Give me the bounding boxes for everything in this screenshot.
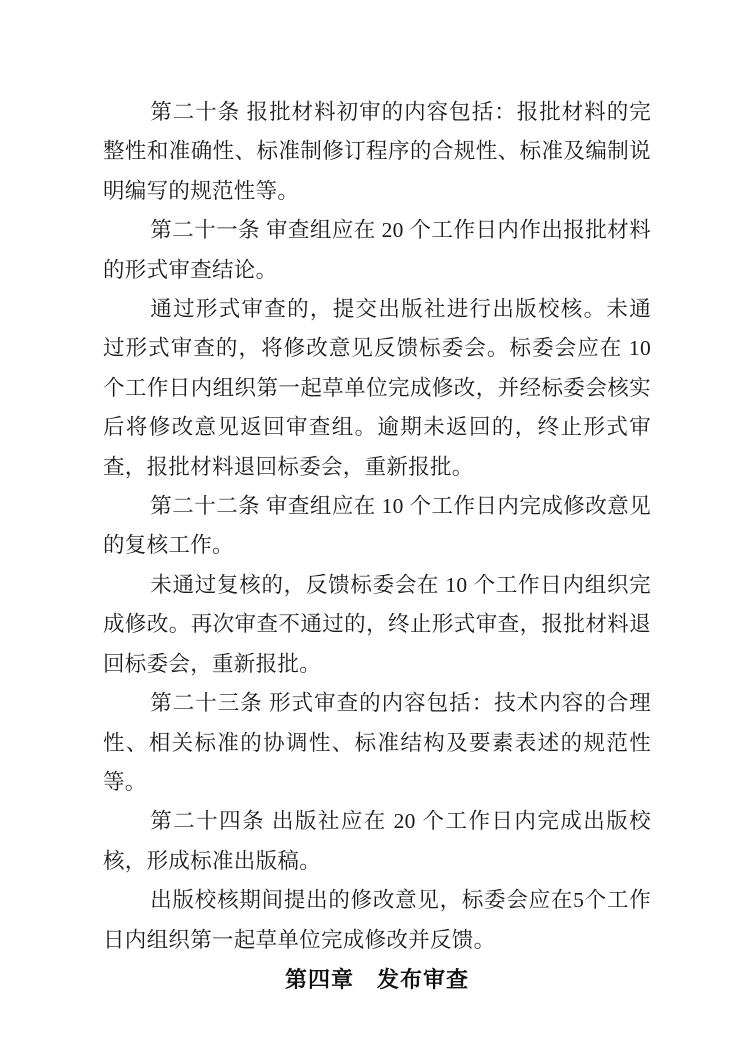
paragraph-article-21: 第二十一条 审查组应在 20 个工作日内作出报批材料的形式审查结论。 <box>103 211 651 290</box>
paragraph-article-22: 第二十二条 审查组应在 10 个工作日内完成修改意见的复核工作。 <box>103 487 651 566</box>
paragraph-article-22-detail: 未通过复核的，反馈标委会在 10 个工作日内组织完成修改。再次审查不通过的，终止… <box>103 566 651 684</box>
paragraph-article-23: 第二十三条 形式审查的内容包括：技术内容的合理性、相关标准的协调性、标准结构及要… <box>103 684 651 802</box>
paragraph-article-20: 第二十条 报批材料初审的内容包括：报批材料的完整性和准确性、标准制修订程序的合规… <box>103 93 651 211</box>
document-body: 第二十条 报批材料初审的内容包括：报批材料的完整性和准确性、标准制修订程序的合规… <box>103 93 651 999</box>
paragraph-article-24: 第二十四条 出版社应在 20 个工作日内完成出版校核，形成标准出版稿。 <box>103 802 651 881</box>
document-page: 第二十条 报批材料初审的内容包括：报批材料的完整性和准确性、标准制修订程序的合规… <box>0 0 750 1060</box>
paragraph-article-24-detail: 出版校核期间提出的修改意见，标委会应在5个工作日内组织第一起草单位完成修改并反馈… <box>103 881 651 960</box>
chapter-heading: 第四章 发布审查 <box>103 960 651 999</box>
paragraph-article-21-detail: 通过形式审查的，提交出版社进行出版校核。未通过形式审查的，将修改意见反馈标委会。… <box>103 290 651 487</box>
